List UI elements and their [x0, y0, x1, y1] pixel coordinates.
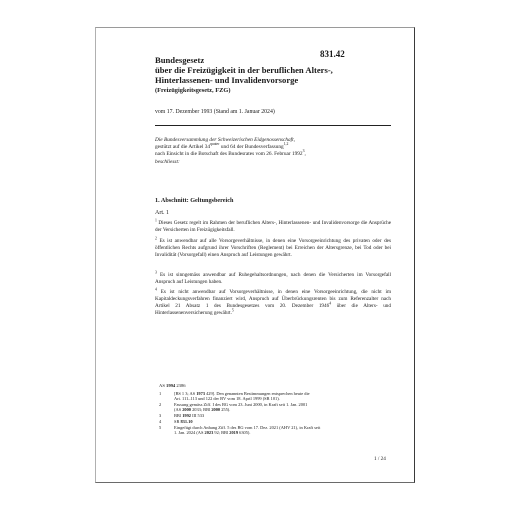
footnote: 2 Fassung gemäss Ziff. I des BG vom 23. … [159, 402, 307, 412]
short-title: (Freizügigkeitsgesetz, FZG) [155, 87, 230, 94]
preamble-line: beschliesst: [155, 159, 306, 166]
footnote: 5 Eingefügt durch Anhang Ziff. 5 des BG … [159, 425, 320, 435]
article-title: Art. 1 [155, 210, 169, 216]
date-line: vom 17. Dezember 1993 (Stand am 1. Janua… [155, 109, 275, 115]
section-title: 1. Abschnitt: Geltungsbereich [155, 197, 233, 204]
paragraph: 1 Dieses Gesetz regelt im Rahmen der ber… [155, 220, 391, 234]
title-line: Bundesgesetz [155, 55, 333, 65]
paragraph: 4 Es ist nicht anwendbar auf Vorsorgever… [155, 289, 391, 317]
as-reference: AS 1994 2386 [159, 383, 186, 388]
page-indicator: 1 / 24 [374, 456, 386, 462]
preamble-line: nach Einsicht in die Botschaft des Bunde… [155, 151, 306, 158]
title-line: Hinterlassenen- und Invalidenvorsorge [155, 75, 333, 85]
footnote: 3 BBl 1992 III 533 [159, 413, 204, 418]
title-line: über die Freizügigkeit in der berufliche… [155, 65, 333, 75]
footnote: 4 SR 831.10 [159, 419, 193, 424]
paragraph: 2 Es ist anwendbar auf alle Vorsorgeverh… [155, 238, 391, 259]
preamble: Die Bundesversammlung der Schweizerische… [155, 137, 306, 166]
paragraph: 3 Es ist sinngemäss anwendbar auf Ruhege… [155, 272, 391, 286]
title-divider [155, 125, 391, 126]
law-title: Bundesgesetz über die Freizügigkeit in d… [155, 55, 333, 85]
footnote: 1 [BS 1 3; AS 1973 429]. Den genannten B… [159, 391, 310, 401]
